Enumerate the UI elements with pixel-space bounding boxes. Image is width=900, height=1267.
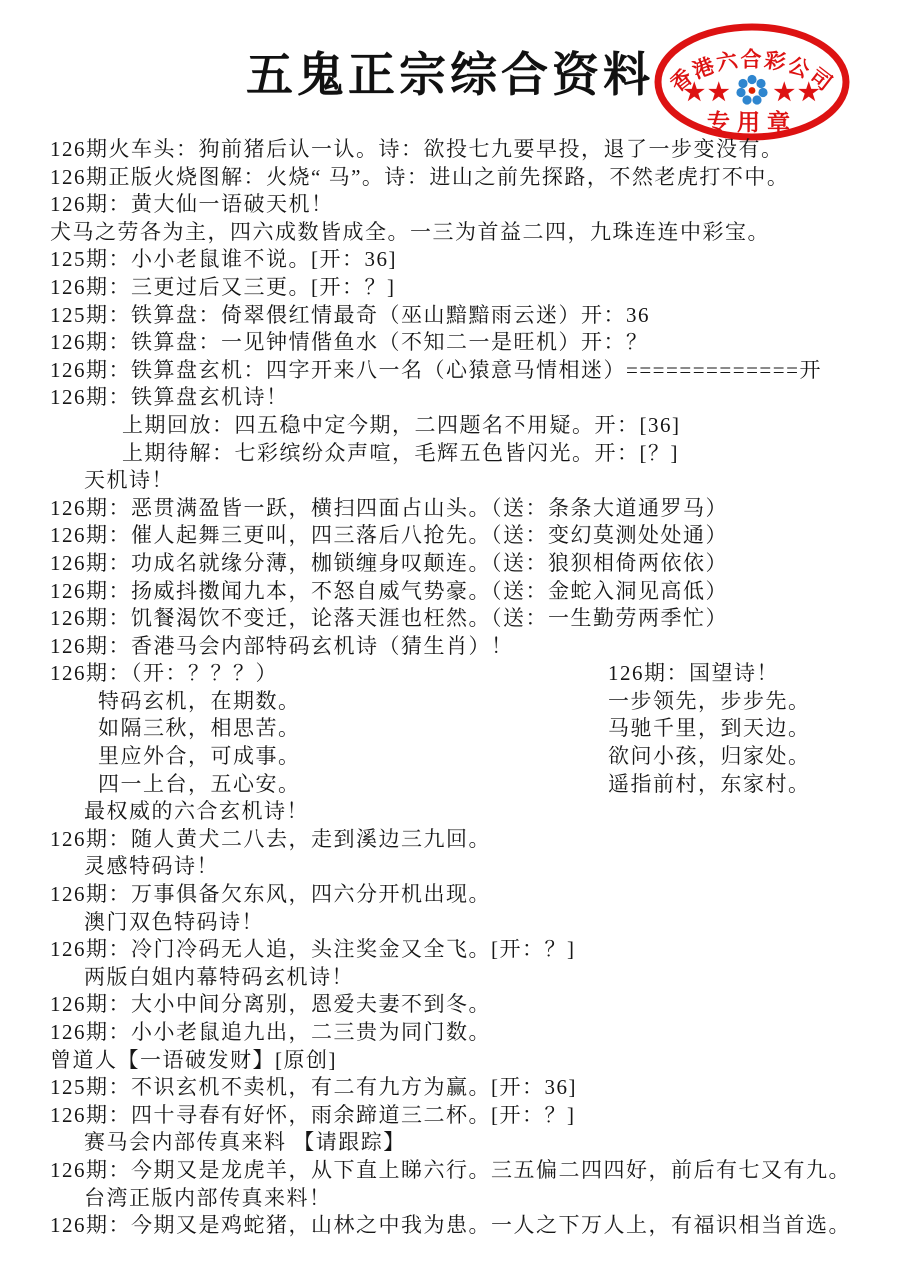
document-page: 五鬼正宗综合资料 香港六合彩公司 ★★ ★★ 专用章 126期火车头：狗前猪后认 bbox=[0, 0, 900, 1267]
line-text: 四一上台，五心安。 bbox=[98, 772, 301, 796]
stamp-stars-left: ★★ bbox=[683, 80, 732, 106]
line-text: 126期：今期又是龙虎羊，从下直上睇六行。三五偏二四四好，前后有七又有九。 bbox=[50, 1158, 851, 1182]
line-text: 126期：三更过后又三更。[开：？] bbox=[50, 275, 396, 299]
line-text: 126期正版火烧图解：火烧“ 马”。诗：进山之前先探路，不然老虎打不中。 bbox=[50, 165, 789, 189]
text-line: 125期：不识玄机不卖机，有二有九方为赢。[开：36] bbox=[0, 1074, 900, 1102]
line-text: 126期火车头：狗前猪后认一认。诗：欲投七九要早投，退了一步变没有。 bbox=[50, 137, 784, 161]
text-line: 126期：三更过后又三更。[开：？] bbox=[0, 274, 900, 302]
line-text-right-column: 欲问小孩，归家处。 bbox=[608, 743, 811, 771]
line-text: 126期：催人起舞三更叫，四三落后八抢先。（送：变幻莫测处处通） bbox=[50, 523, 728, 547]
text-line: 126期：香港马会内部特码玄机诗（猜生肖）！ bbox=[0, 633, 900, 661]
line-text: 赛马会内部传真来料 【请跟踪】 bbox=[84, 1130, 406, 1154]
line-text: 126期：香港马会内部特码玄机诗（猜生肖）！ bbox=[50, 634, 514, 658]
text-line: 126期正版火烧图解：火烧“ 马”。诗：进山之前先探路，不然老虎打不中。 bbox=[0, 164, 900, 192]
text-line: 126期：四十寻春有好怀，雨余蹄道三二杯。[开：？] bbox=[0, 1102, 900, 1130]
text-line: 四一上台，五心安。遥指前村，东家村。 bbox=[0, 771, 900, 799]
line-text: 126期：饥餐渴饮不变迁，论落天涯也枉然。（送：一生勤劳两季忙） bbox=[50, 606, 728, 630]
text-line: 126期火车头：狗前猪后认一认。诗：欲投七九要早投，退了一步变没有。 bbox=[0, 136, 900, 164]
line-text: 曾道人【一语破发财】[原创] bbox=[50, 1048, 337, 1072]
line-text: 126期：铁算盘玄机诗！ bbox=[50, 385, 289, 409]
stamp-graphic: 香港六合彩公司 ★★ ★★ 专用章 bbox=[650, 22, 854, 144]
line-text: 特码玄机，在期数。 bbox=[98, 689, 301, 713]
line-text: 126期：万事俱备欠东风，四六分开机出现。 bbox=[50, 882, 491, 906]
text-line: 126期：万事俱备欠东风，四六分开机出现。 bbox=[0, 881, 900, 909]
text-line: 126期：小小老鼠追九出，二三贵为同门数。 bbox=[0, 1019, 900, 1047]
line-text: 126期：铁算盘玄机：四字开来八一名（心猿意马情相迷）=============… bbox=[50, 358, 822, 382]
line-text: 126期：黄大仙一语破天机！ bbox=[50, 192, 334, 216]
text-line: 126期：今期又是鸡蛇猪，山林之中我为患。一人之下万人上，有福识相当首选。 bbox=[0, 1212, 900, 1240]
line-text: 126期：冷门冷码无人追，头注奖金又全飞。[开：？] bbox=[50, 937, 575, 961]
line-text: 两版白姐内幕特码玄机诗！ bbox=[84, 965, 354, 989]
line-text: 126期：铁算盘：一见钟情偕鱼水（不知二一是旺机）开：？ bbox=[50, 330, 649, 354]
text-line: 天机诗！ bbox=[0, 467, 900, 495]
text-line: 126期：催人起舞三更叫，四三落后八抢先。（送：变幻莫测处处通） bbox=[0, 522, 900, 550]
line-text: 125期：小小老鼠谁不说。[开：36] bbox=[50, 247, 397, 271]
text-line: 126期：恶贯满盈皆一跃，横扫四面占山头。（送：条条大道通罗马） bbox=[0, 495, 900, 523]
text-line: 126期：（开：？？？）126期：国望诗！ bbox=[0, 660, 900, 688]
line-text: 126期：随人黄犬二八去，走到溪边三九回。 bbox=[50, 827, 491, 851]
line-text: 126期：（开：？？？） bbox=[50, 661, 278, 685]
text-line: 灵感特码诗！ bbox=[0, 853, 900, 881]
line-text: 125期：不识玄机不卖机，有二有九方为赢。[开：36] bbox=[50, 1075, 577, 1099]
content-lines: 126期火车头：狗前猪后认一认。诗：欲投七九要早投，退了一步变没有。126期正版… bbox=[0, 136, 900, 1240]
text-line: 澳门双色特码诗！ bbox=[0, 909, 900, 937]
stamp-stars-right: ★★ bbox=[773, 80, 822, 106]
line-text: 125期：铁算盘：倚翠偎红情最奇（巫山黯黯雨云迷）开：36 bbox=[50, 303, 650, 327]
text-line: 125期：小小老鼠谁不说。[开：36] bbox=[0, 246, 900, 274]
text-line: 126期：今期又是龙虎羊，从下直上睇六行。三五偏二四四好，前后有七又有九。 bbox=[0, 1157, 900, 1185]
text-line: 犬马之劳各为主，四六成数皆成全。一三为首益二四，九珠连连中彩宝。 bbox=[0, 219, 900, 247]
bauhinia-flower-icon bbox=[736, 75, 767, 105]
line-text: 126期：大小中间分离别，恩爱夫妻不到冬。 bbox=[50, 992, 491, 1016]
line-text: 澳门双色特码诗！ bbox=[84, 910, 264, 934]
line-text: 灵感特码诗！ bbox=[84, 854, 219, 878]
line-text: 里应外合，可成事。 bbox=[98, 744, 301, 768]
text-line: 126期：冷门冷码无人追，头注奖金又全飞。[开：？] bbox=[0, 936, 900, 964]
text-line: 126期：扬威抖擞闻九本，不怒自威气势豪。（送：金蛇入洞见高低） bbox=[0, 578, 900, 606]
text-line: 如隔三秋，相思苦。马驰千里，到天边。 bbox=[0, 715, 900, 743]
line-text-right-column: 126期：国望诗！ bbox=[608, 660, 779, 688]
line-text: 最权威的六合玄机诗！ bbox=[84, 799, 309, 823]
line-text-right-column: 一步领先，步步先。 bbox=[608, 688, 811, 716]
line-text: 126期：恶贯满盈皆一跃，横扫四面占山头。（送：条条大道通罗马） bbox=[50, 496, 728, 520]
line-text: 126期：小小老鼠追九出，二三贵为同门数。 bbox=[50, 1020, 491, 1044]
line-text: 126期：今期又是鸡蛇猪，山林之中我为患。一人之下万人上，有福识相当首选。 bbox=[50, 1213, 851, 1237]
company-stamp: 香港六合彩公司 ★★ ★★ 专用章 bbox=[650, 22, 854, 144]
text-line: 126期：铁算盘玄机诗！ bbox=[0, 384, 900, 412]
text-line: 上期待解：七彩缤纷众声喧，毛辉五色皆闪光。开：[？] bbox=[0, 440, 900, 468]
text-line: 126期：铁算盘：一见钟情偕鱼水（不知二一是旺机）开：？ bbox=[0, 329, 900, 357]
line-text: 如隔三秋，相思苦。 bbox=[98, 716, 301, 740]
text-line: 赛马会内部传真来料 【请跟踪】 bbox=[0, 1129, 900, 1157]
line-text: 台湾正版内部传真来料！ bbox=[84, 1186, 332, 1210]
line-text: 上期待解：七彩缤纷众声喧，毛辉五色皆闪光。开：[？] bbox=[122, 441, 679, 465]
line-text: 上期回放：四五稳中定今期，二四题名不用疑。开：[36] bbox=[122, 413, 680, 437]
line-text: 天机诗！ bbox=[84, 468, 174, 492]
text-line: 126期：随人黄犬二八去，走到溪边三九回。 bbox=[0, 826, 900, 854]
line-text-right-column: 遥指前村，东家村。 bbox=[608, 771, 811, 799]
text-line: 126期：黄大仙一语破天机！ bbox=[0, 191, 900, 219]
stamp-bottom-text: 专用章 bbox=[707, 109, 797, 135]
text-line: 126期：功成名就缘分薄，枷锁缠身叹颠连。（送：狼狈相倚两依依） bbox=[0, 550, 900, 578]
text-line: 曾道人【一语破发财】[原创] bbox=[0, 1047, 900, 1075]
text-line: 126期：大小中间分离别，恩爱夫妻不到冬。 bbox=[0, 991, 900, 1019]
line-text: 126期：扬威抖擞闻九本，不怒自威气势豪。（送：金蛇入洞见高低） bbox=[50, 579, 728, 603]
line-text-right-column: 马驰千里，到天边。 bbox=[608, 715, 811, 743]
text-line: 里应外合，可成事。欲问小孩，归家处。 bbox=[0, 743, 900, 771]
text-line: 126期：铁算盘玄机：四字开来八一名（心猿意马情相迷）=============… bbox=[0, 357, 900, 385]
line-text: 126期：功成名就缘分薄，枷锁缠身叹颠连。（送：狼狈相倚两依依） bbox=[50, 551, 728, 575]
text-line: 台湾正版内部传真来料！ bbox=[0, 1185, 900, 1213]
text-line: 最权威的六合玄机诗！ bbox=[0, 798, 900, 826]
line-text: 犬马之劳各为主，四六成数皆成全。一三为首益二四，九珠连连中彩宝。 bbox=[50, 220, 770, 244]
line-text: 126期：四十寻春有好怀，雨余蹄道三二杯。[开：？] bbox=[50, 1103, 575, 1127]
text-line: 125期：铁算盘：倚翠偎红情最奇（巫山黯黯雨云迷）开：36 bbox=[0, 302, 900, 330]
text-line: 特码玄机，在期数。一步领先，步步先。 bbox=[0, 688, 900, 716]
text-line: 126期：饥餐渴饮不变迁，论落天涯也枉然。（送：一生勤劳两季忙） bbox=[0, 605, 900, 633]
text-line: 上期回放：四五稳中定今期，二四题名不用疑。开：[36] bbox=[0, 412, 900, 440]
text-line: 两版白姐内幕特码玄机诗！ bbox=[0, 964, 900, 992]
